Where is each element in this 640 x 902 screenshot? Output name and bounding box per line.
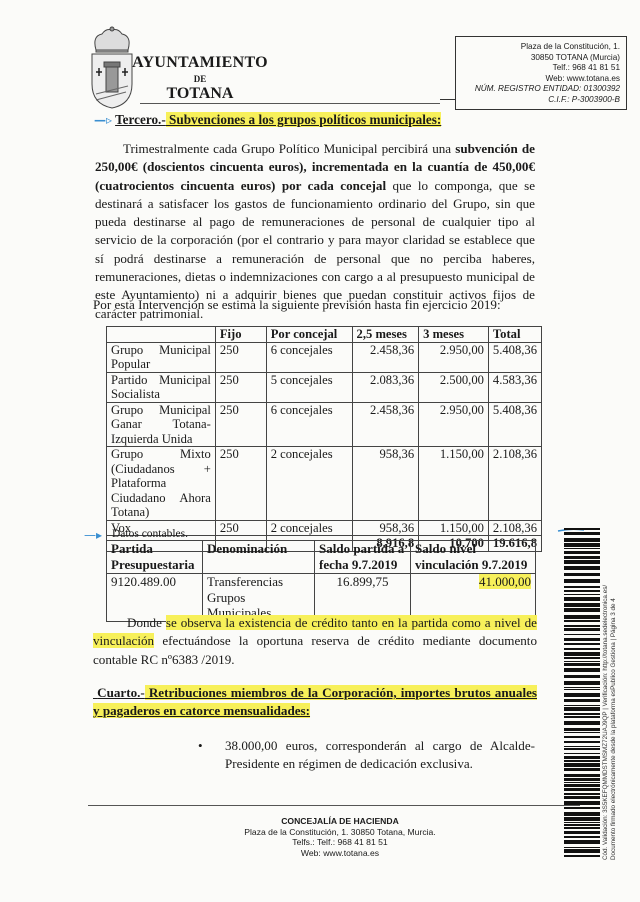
- org-line-2: DE: [130, 75, 270, 84]
- table-cell: 1.150,00: [419, 447, 489, 521]
- table-header-row: Partida PresupuestariaDenominaciónSaldo …: [107, 541, 536, 574]
- table-row: Grupo Municipal Ganar Totana-Izquierda U…: [107, 402, 542, 447]
- paragraph-text: Trimestralmente cada Grupo Político Muni…: [123, 141, 455, 156]
- header-divider: [140, 103, 440, 104]
- accounting-table: Partida PresupuestariaDenominaciónSaldo …: [106, 540, 536, 622]
- address-street: Plaza de la Constitución, 1.: [456, 42, 620, 53]
- bullet-list-item: • 38.000,00 euros, corresponderán al car…: [205, 737, 535, 773]
- address-web: Web: www.totana.es: [456, 74, 620, 85]
- section-title: Subvenciones a los grupos políticos muni…: [166, 112, 442, 127]
- table-cell: Grupo Municipal Ganar Totana-Izquierda U…: [107, 402, 216, 447]
- table-cell: 2.083,36: [352, 372, 419, 402]
- address-phone: Telf.: 968 41 81 51: [456, 63, 620, 74]
- verification-text: Cód. Validación: 3S5KEFQMMDSTMSMZ72UAJ9Q…: [602, 545, 628, 860]
- barcode: [564, 528, 600, 858]
- table-cell: 6 concejales: [266, 342, 352, 372]
- table-cell: 2.108,36: [488, 447, 541, 521]
- table-cell: 6 concejales: [266, 402, 352, 447]
- section-heading-tercero: —▹ Tercero.- Subvenciones a los grupos p…: [94, 112, 441, 128]
- paragraph-text: Donde: [127, 615, 166, 630]
- footer-address: Plaza de la Constitución, 1. 30850 Totan…: [200, 827, 480, 838]
- address-registry: NÚM. REGISTRO ENTIDAD: 01300392: [456, 84, 620, 95]
- table-cell: Partido Municipal Socialista: [107, 372, 216, 402]
- table-cell: 5.408,36: [488, 342, 541, 372]
- column-header: [107, 327, 216, 343]
- table-cell: 2.108,36: [488, 520, 541, 536]
- footer-department: CONCEJALÍA DE HACIENDA: [281, 816, 399, 826]
- address-cif: C.I.F.: P-3003900-B: [456, 95, 620, 106]
- column-header: Denominación: [203, 541, 315, 574]
- section-label: Tercero.-: [115, 112, 166, 127]
- table-cell: Grupo Municipal Popular: [107, 342, 216, 372]
- table-cell: 250: [215, 372, 266, 402]
- table-cell: 2.950,00: [419, 402, 489, 447]
- table-cell: 2 concejales: [266, 447, 352, 521]
- table-cell: Grupo Mixto (Ciudadanos + Plataforma Ciu…: [107, 447, 216, 521]
- table-cell: 2.500,00: [419, 372, 489, 402]
- table-row: Partido Municipal Socialista2505 conceja…: [107, 372, 542, 402]
- annotation-arrow-icon: —▹: [94, 113, 112, 127]
- address-box-tick: [440, 99, 455, 100]
- table-cell: 958,36: [352, 447, 419, 521]
- highlighted-value: 41.000,00: [479, 574, 531, 589]
- table-cell: 1.150,00: [419, 520, 489, 536]
- table-cell: 250: [215, 520, 266, 536]
- table-cell: 250: [215, 402, 266, 447]
- table-cell: 5.408,36: [488, 402, 541, 447]
- table-cell: 5 concejales: [266, 372, 352, 402]
- bullet-text: 38.000,00 euros, corresponderán al cargo…: [225, 737, 535, 773]
- section-title: Retribuciones miembros de la Corporación…: [93, 685, 537, 718]
- forecast-intro: Por esta Intervención se estima la sigui…: [93, 297, 501, 313]
- bullet-icon: •: [198, 737, 203, 755]
- table-cell: 2 concejales: [266, 520, 352, 536]
- column-header: 2,5 meses: [352, 327, 419, 343]
- table-row: Grupo Mixto (Ciudadanos + Plataforma Ciu…: [107, 447, 542, 521]
- org-line-1: AYUNTAMIENTO: [130, 55, 270, 72]
- table-cell: 250: [215, 342, 266, 372]
- paragraph-text: efectuándose la oportuna reserva de créd…: [93, 633, 537, 666]
- column-header: 3 meses: [419, 327, 489, 343]
- column-header: Partida Presupuestaria: [107, 541, 203, 574]
- table-cell: 2.458,36: [352, 342, 419, 372]
- verification-line-1: Cód. Validación: 3S5KEFQMMDSTMSMZ72UAJ9Q…: [602, 545, 610, 860]
- table-row: Grupo Municipal Popular2506 concejales2.…: [107, 342, 542, 372]
- section-heading-cuarto: Cuarto.- Retribuciones miembros de la Co…: [93, 684, 537, 720]
- table-cell: 2.458,36: [352, 402, 419, 447]
- table-cell: 2.950,00: [419, 342, 489, 372]
- footer-phone: Telfs.: Telf.: 968 41 81 51: [200, 837, 480, 848]
- footer: CONCEJALÍA DE HACIENDA Plaza de la Const…: [200, 816, 480, 858]
- org-line-3: TOTANA: [130, 86, 270, 103]
- credit-paragraph: Donde se observa la existencia de crédit…: [93, 614, 537, 669]
- column-header: Saldo partida a fecha 9.7.2019: [315, 541, 411, 574]
- table-cell: 250: [215, 447, 266, 521]
- forecast-table: FijoPor concejal2,5 meses3 mesesTotal Gr…: [106, 326, 542, 552]
- address-city: 30850 TOTANA (Murcia): [456, 53, 620, 64]
- accounting-label: Datos contables.: [112, 528, 188, 540]
- section-label: Cuarto.-: [97, 685, 145, 700]
- table-cell: 958,36: [352, 520, 419, 536]
- table-header-row: FijoPor concejal2,5 meses3 mesesTotal: [107, 327, 542, 343]
- table-cell: 4.583,36: [488, 372, 541, 402]
- subsidy-paragraph: Trimestralmente cada Grupo Político Muni…: [95, 140, 535, 323]
- footer-web: Web: www.totana.es: [200, 848, 480, 859]
- column-header: Total: [488, 327, 541, 343]
- address-box: Plaza de la Constitución, 1. 30850 TOTAN…: [455, 36, 627, 110]
- verification-line-2: Documento firmado electrónicamente desde…: [610, 545, 618, 860]
- organization-name: AYUNTAMIENTO DE TOTANA: [130, 55, 270, 103]
- column-header: Fijo: [215, 327, 266, 343]
- annotation-arrow-icon: —▸: [84, 528, 102, 542]
- column-header: Saldo nivel vinculación 9.7.2019: [411, 541, 536, 574]
- column-header: Por concejal: [266, 327, 352, 343]
- footer-divider: [88, 805, 580, 806]
